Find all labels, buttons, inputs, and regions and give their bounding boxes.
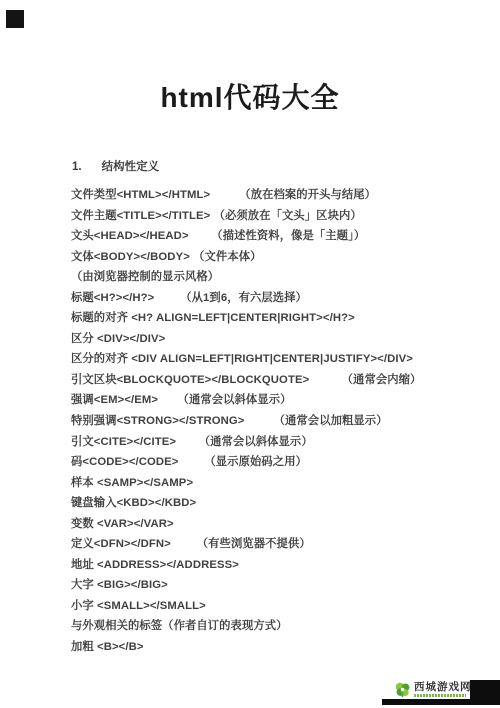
doc-line: 引文区块<BLOCKQUOTE></BLOCKQUOTE> （通常会内缩） [71, 370, 500, 391]
doc-line: 与外观相关的标签（作者自订的表现方式） [71, 616, 500, 637]
doc-line: 标题的对齐 <H? ALIGN=LEFT|CENTER|RIGHT></H?> [71, 308, 500, 329]
watermark-band-bottom [382, 699, 500, 705]
clover-logo-icon [394, 681, 411, 698]
tag-reference-list: 文件类型<HTML></HTML> （放在档案的开头与结尾）文件主题<TITLE… [71, 185, 500, 658]
doc-line: 地址 <ADDRESS></ADDRESS> [71, 555, 500, 576]
section-heading-label: 结构性定义 [102, 161, 160, 173]
doc-line: 定义<DFN></DFN> （有些浏览器不提供） [71, 534, 500, 555]
doc-line: 文头<HEAD></HEAD> （描述性资料，像是「主题」） [71, 226, 500, 247]
doc-line: 小字 <SMALL></SMALL> [71, 596, 500, 617]
doc-line: 样本 <SAMP></SAMP> [71, 473, 500, 494]
doc-line: 文件类型<HTML></HTML> （放在档案的开头与结尾） [71, 185, 500, 206]
doc-line: 加粗 <B></B> [71, 637, 500, 658]
doc-line: 码<CODE></CODE> （显示原始码之用） [71, 452, 500, 473]
watermark-site-name: 西城游戏网 [414, 681, 472, 693]
doc-line: 键盘输入<KBD></KBD> [71, 493, 500, 514]
doc-line: 变数 <VAR></VAR> [71, 514, 500, 535]
page-title: html代码大全 [0, 0, 500, 116]
doc-line: 特别强调<STRONG></STRONG> （通常会以加粗显示） [71, 411, 500, 432]
watermark-text: 西城游戏网 [414, 681, 472, 697]
doc-line: 文体<BODY></BODY> （文件本体） [71, 247, 500, 268]
doc-line: 引文<CITE></CITE> （通常会以斜体显示） [71, 432, 500, 453]
doc-line: 文件主题<TITLE></TITLE> （必须放在「文头」区块内） [71, 206, 500, 227]
doc-line: 强调<EM></EM> （通常会以斜体显示） [71, 390, 500, 411]
doc-line: 大字 <BIG></BIG> [71, 575, 500, 596]
watermark: 西城游戏网 [394, 679, 470, 699]
document-page: html代码大全 1.结构性定义 文件类型<HTML></HTML> （放在档案… [0, 0, 500, 708]
doc-line: 标题<H?></H?> （从1到6，有六层选择） [71, 288, 500, 309]
watermark-tagline [414, 694, 466, 697]
section-number: 1. [72, 161, 82, 173]
corner-mark [6, 10, 24, 28]
doc-line: （由浏览器控制的显示风格） [71, 267, 500, 288]
section-heading: 1.结构性定义 [72, 158, 500, 174]
doc-line: 区分的对齐 <DIV ALIGN=LEFT|RIGHT|CENTER|JUSTI… [71, 349, 500, 370]
doc-line: 区分 <DIV></DIV> [71, 329, 500, 350]
